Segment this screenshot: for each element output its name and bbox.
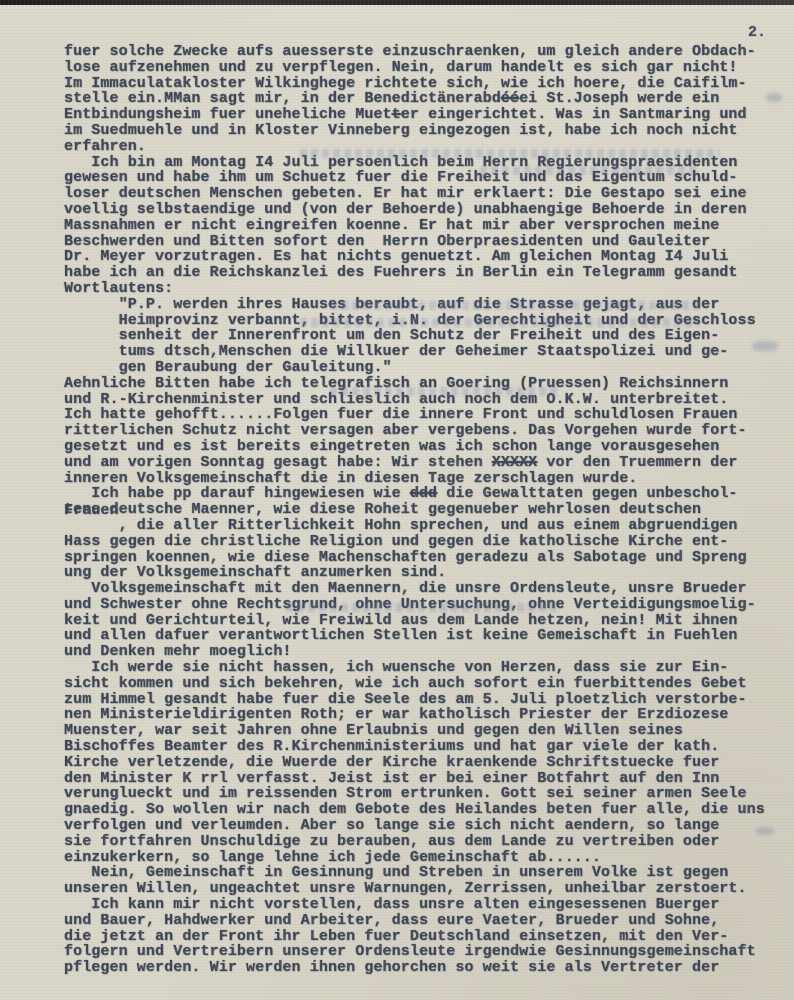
document-line: habe ich an die Reichskanzlei des Fuehre…: [64, 265, 776, 281]
document-line: Volksgemeinschaft mit den Maennern, die …: [64, 581, 776, 597]
document-page: 2. fuer solche Zwecke aufs auesserste ei…: [0, 0, 794, 1000]
document-line: pflegen werden. Wir werden ihnen gehorch…: [64, 960, 776, 976]
document-line: tene deutsche Maenner, wie diese Roheit …: [64, 502, 776, 518]
document-line: erfahren.: [64, 139, 776, 155]
document-line: ung der Volksgemeinschaft anzumerken sin…: [64, 565, 776, 581]
document-line: gewesen und habe ihm um Schuetz fuer die…: [64, 170, 776, 186]
document-line: und Bauer, Hahdwerker und Arbeiter, dass…: [64, 913, 776, 929]
document-line: Ich kann mir nicht vorstellen, dass unsr…: [64, 897, 776, 913]
page-number: 2.: [748, 24, 766, 41]
document-line: Kirche verletzende, die Wuerde der Kirch…: [64, 755, 776, 771]
document-line: Massnahmen er nicht eingreifen koenne. E…: [64, 218, 776, 234]
document-line: Dr. Meyer vorzutragen. Es hat nichts gen…: [64, 249, 776, 265]
document-line: , die aller Ritterlichkeit Hohn sprechen…: [64, 518, 776, 534]
document-line: unseren Willen, ungeachtet unsre Warnung…: [64, 881, 776, 897]
document-line: tums dtsch,Menschen die Willkuer der Geh…: [64, 344, 776, 360]
document-line: Muenster, war seit Jahren ohne Erlaubnis…: [64, 723, 776, 739]
document-line: inneren Volksgemeinschaft die in diesen …: [64, 471, 776, 487]
document-line: gen Beraubung der Gauleitung.": [64, 360, 776, 376]
document-body: fuer solche Zwecke aufs auesserste einzu…: [64, 44, 776, 976]
document-line: Ich habe pp darauf hingewiesen wie ddd d…: [64, 486, 776, 502]
document-line: verfolgen und verleumden. Aber so lange …: [64, 818, 776, 834]
document-line: Wortlautens:: [64, 281, 776, 297]
document-line: "P.P. werden ihres Hauses beraubt, auf d…: [64, 297, 776, 313]
document-line: Ich hatte gehofft......Folgen fuer die i…: [64, 407, 776, 423]
document-line: stelle ein.MMan sagt mir, in der Benedic…: [64, 91, 776, 107]
document-line: Aehnliche Bitten habe ich telegrafisch a…: [64, 376, 776, 392]
document-line: Entbindungsheim fuer uneheliche Muetter …: [64, 107, 776, 123]
document-line: fuer solche Zwecke aufs auesserste einzu…: [64, 44, 776, 60]
document-line: voellig selbstaendige und (von der Behoe…: [64, 202, 776, 218]
document-line: und R.-Kirchenminister und schlieslich a…: [64, 392, 776, 408]
scan-edge-artifact: [0, 0, 794, 5]
document-line: springen koennen, wie diese Machenschaft…: [64, 550, 776, 566]
document-line: lose aufzenehmen und zu verpflegen. Nein…: [64, 60, 776, 76]
document-line: Nein, Gemeinschaft in Gesinnung und Stre…: [64, 865, 776, 881]
document-line: und allen dafuer verantwortlichen Stelle…: [64, 628, 776, 644]
document-line: Heimprovinz verbannt, bittet, i.N. der G…: [64, 313, 776, 329]
document-line: und Denken mehr moeglich!: [64, 644, 776, 660]
document-line: Ich werde sie nicht hassen, ich wuensche…: [64, 660, 776, 676]
document-line: sicht kommen und sich bekehren, wie ich …: [64, 676, 776, 692]
document-line: Ich bin am Montag I4 Juli persoenlich be…: [64, 155, 776, 171]
document-line: und Schwester ohne Rechtsgrund, ohne Unt…: [64, 597, 776, 613]
document-line: und am vorigen Sonntag gesagt habe: Wir …: [64, 455, 776, 471]
document-line: Hass gegen die christliche Religion und …: [64, 534, 776, 550]
document-line: im Suedmuehle und in Kloster Vinneberg e…: [64, 123, 776, 139]
document-line: Beschwerden und Bitten sofort den Herrn …: [64, 234, 776, 250]
document-line: gesetzt und es ist bereits eingetreten w…: [64, 439, 776, 455]
document-line: gnaedig. So wollen wir nach dem Gebote d…: [64, 802, 776, 818]
document-line: ritterlichen Schutz nicht versagen aber …: [64, 423, 776, 439]
document-line: sie fortfahren Unschuldige zu berauben, …: [64, 834, 776, 850]
document-line: folgern und Vertreibern unserer Ordensle…: [64, 944, 776, 960]
document-line: nen Ministerieldirigenten Roth; er war k…: [64, 707, 776, 723]
document-line: senheit der Innerenfront um den Schutz d…: [64, 328, 776, 344]
document-line: loser deutschen Menschen gebeten. Er hat…: [64, 186, 776, 202]
document-line: verunglueckt und im reissenden Strom ert…: [64, 786, 776, 802]
document-line: Bischoffes Beamter des R.Kirchenminister…: [64, 739, 776, 755]
